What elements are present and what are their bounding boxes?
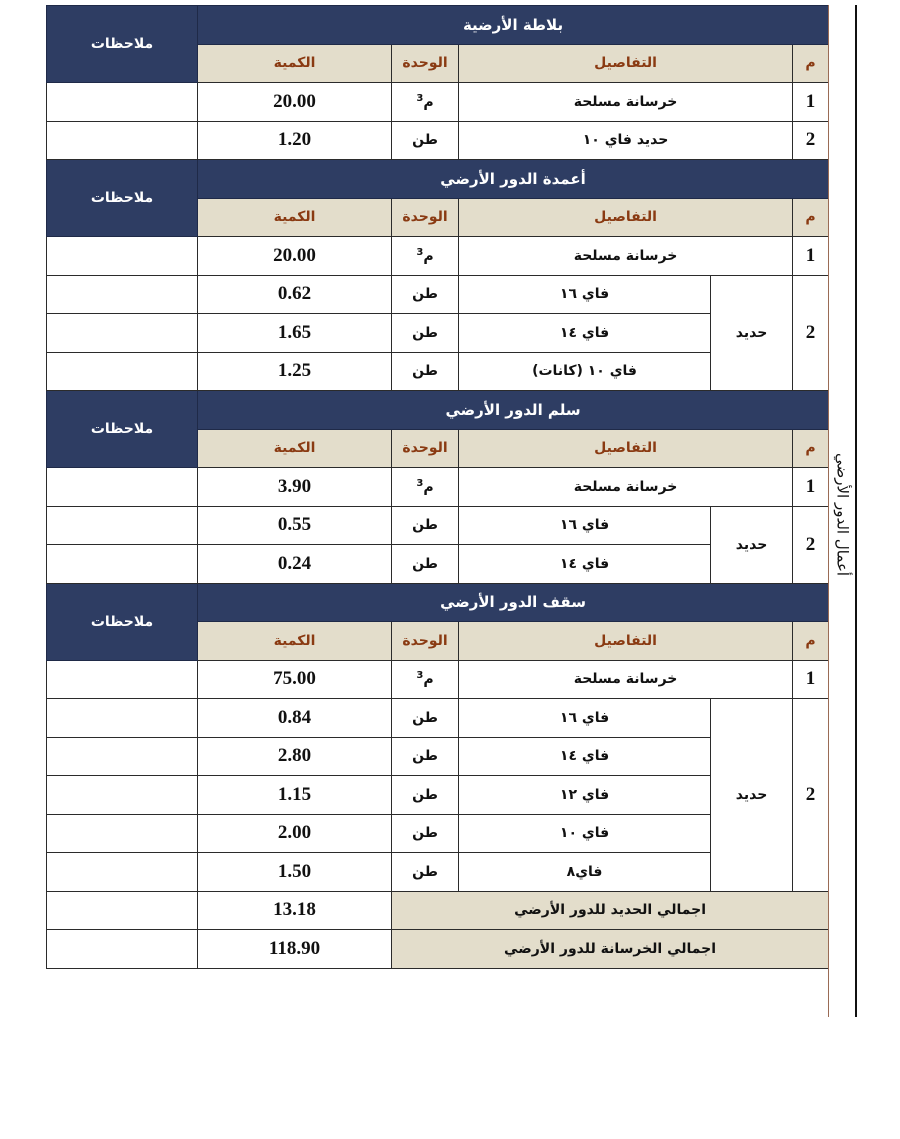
- row-quantity: 20.00: [198, 237, 392, 276]
- row-notes[interactable]: [47, 121, 198, 160]
- row-details: حديد فاي ١٠: [459, 121, 793, 160]
- row-unit: طن: [392, 776, 459, 815]
- notes-header: ملاحظات: [47, 6, 198, 83]
- table-row: 2 حديد فاي ١٦ طن 0.55: [47, 506, 829, 545]
- table-row: 1 خرسانة مسلحة م3 75.00: [47, 660, 829, 699]
- quantities-sheet: بلاطة الأرضية ملاحظات م التفاصيل الوحدة …: [46, 5, 857, 1017]
- section-header-row: سقف الدور الأرضي ملاحظات: [47, 583, 829, 622]
- section-header-row: سلم الدور الأرضي ملاحظات: [47, 391, 829, 430]
- total-steel-value: 13.18: [198, 891, 392, 930]
- details-header: التفاصيل: [459, 622, 793, 661]
- table-row: 2 حديد فاي ١٦ طن 0.62: [47, 275, 829, 314]
- row-details: خرسانة مسلحة: [459, 237, 793, 276]
- row-notes[interactable]: [47, 314, 198, 353]
- quantities-table: بلاطة الأرضية ملاحظات م التفاصيل الوحدة …: [46, 5, 829, 969]
- row-details: فاي ١٠ (كانات): [459, 352, 711, 391]
- row-index: 1: [793, 237, 829, 276]
- row-index: 2: [793, 699, 829, 892]
- row-details: فاي ١٠: [459, 814, 711, 853]
- row-index: 1: [793, 83, 829, 122]
- row-index: 2: [793, 121, 829, 160]
- row-quantity: 1.20: [198, 121, 392, 160]
- row-unit: طن: [392, 699, 459, 738]
- total-steel-notes[interactable]: [47, 891, 198, 930]
- row-details: خرسانة مسلحة: [459, 660, 793, 699]
- row-quantity: 0.84: [198, 699, 392, 738]
- row-details: فاي٨: [459, 853, 711, 892]
- row-group: حديد: [711, 699, 793, 892]
- row-notes[interactable]: [47, 237, 198, 276]
- row-unit: طن: [392, 545, 459, 584]
- row-details: فاي ١٤: [459, 314, 711, 353]
- row-details: فاي ١٦: [459, 506, 711, 545]
- details-header: التفاصيل: [459, 44, 793, 83]
- row-quantity: 0.62: [198, 275, 392, 314]
- row-unit: طن: [392, 352, 459, 391]
- row-details: فاي ١٤: [459, 737, 711, 776]
- notes-header: ملاحظات: [47, 160, 198, 237]
- section-title: بلاطة الأرضية: [198, 6, 829, 45]
- row-notes[interactable]: [47, 545, 198, 584]
- section-title: سقف الدور الأرضي: [198, 583, 829, 622]
- index-header: م: [793, 429, 829, 468]
- row-notes[interactable]: [47, 660, 198, 699]
- row-unit: طن: [392, 737, 459, 776]
- total-steel-row: اجمالي الحديد للدور الأرضي 13.18: [47, 891, 829, 930]
- total-concrete-row: اجمالي الخرسانة للدور الأرضي 118.90: [47, 930, 829, 969]
- table-row: 1 خرسانة مسلحة م3 3.90: [47, 468, 829, 507]
- row-details: فاي ١٢: [459, 776, 711, 815]
- table-row: 1 خرسانة مسلحة م3 20.00: [47, 237, 829, 276]
- row-unit: طن: [392, 853, 459, 892]
- row-unit: م3: [392, 468, 459, 507]
- table-row: 2 حديد فاي ١٦ طن 0.84: [47, 699, 829, 738]
- row-unit: م3: [392, 237, 459, 276]
- row-index: 1: [793, 660, 829, 699]
- row-quantity: 3.90: [198, 468, 392, 507]
- row-details: خرسانة مسلحة: [459, 468, 793, 507]
- row-quantity: 20.00: [198, 83, 392, 122]
- section-header-row: أعمدة الدور الأرضي ملاحظات: [47, 160, 829, 199]
- quantity-header: الكمية: [198, 429, 392, 468]
- row-notes[interactable]: [47, 275, 198, 314]
- row-notes[interactable]: [47, 352, 198, 391]
- row-details: فاي ١٦: [459, 275, 711, 314]
- notes-header: ملاحظات: [47, 391, 198, 468]
- total-concrete-notes[interactable]: [47, 930, 198, 969]
- row-quantity: 0.55: [198, 506, 392, 545]
- section-title: سلم الدور الأرضي: [198, 391, 829, 430]
- row-notes[interactable]: [47, 506, 198, 545]
- row-notes[interactable]: [47, 814, 198, 853]
- row-group: حديد: [711, 275, 793, 391]
- unit-header: الوحدة: [392, 622, 459, 661]
- row-unit: طن: [392, 275, 459, 314]
- index-header: م: [793, 44, 829, 83]
- row-unit: م3: [392, 660, 459, 699]
- details-header: التفاصيل: [459, 198, 793, 237]
- table-row: 2 حديد فاي ١٠ طن 1.20: [47, 121, 829, 160]
- row-details: خرسانة مسلحة: [459, 83, 793, 122]
- unit-header: الوحدة: [392, 44, 459, 83]
- quantity-header: الكمية: [198, 44, 392, 83]
- row-quantity: 1.65: [198, 314, 392, 353]
- index-header: م: [793, 622, 829, 661]
- row-quantity: 1.25: [198, 352, 392, 391]
- total-steel-label: اجمالي الحديد للدور الأرضي: [392, 891, 829, 930]
- total-concrete-value: 118.90: [198, 930, 392, 969]
- row-group: حديد: [711, 506, 793, 583]
- unit-header: الوحدة: [392, 429, 459, 468]
- total-concrete-label: اجمالي الخرسانة للدور الأرضي: [392, 930, 829, 969]
- row-unit: طن: [392, 814, 459, 853]
- quantity-header: الكمية: [198, 622, 392, 661]
- row-unit: طن: [392, 121, 459, 160]
- side-label-text: أعمال الدور الأرضي: [834, 453, 852, 576]
- notes-header: ملاحظات: [47, 583, 198, 660]
- row-details: فاي ١٦: [459, 699, 711, 738]
- index-header: م: [793, 198, 829, 237]
- row-unit: طن: [392, 314, 459, 353]
- side-label: أعمال الدور الأرضي: [828, 435, 857, 595]
- row-notes[interactable]: [47, 737, 198, 776]
- row-quantity: 0.24: [198, 545, 392, 584]
- row-quantity: 75.00: [198, 660, 392, 699]
- row-notes[interactable]: [47, 468, 198, 507]
- table-row: 1 خرسانة مسلحة م3 20.00: [47, 83, 829, 122]
- row-index: 2: [793, 275, 829, 391]
- row-quantity: 2.00: [198, 814, 392, 853]
- row-unit: طن: [392, 506, 459, 545]
- details-header: التفاصيل: [459, 429, 793, 468]
- unit-header: الوحدة: [392, 198, 459, 237]
- row-quantity: 1.15: [198, 776, 392, 815]
- row-notes[interactable]: [47, 776, 198, 815]
- row-notes[interactable]: [47, 83, 198, 122]
- row-index: 1: [793, 468, 829, 507]
- row-index: 2: [793, 506, 829, 583]
- row-notes[interactable]: [47, 853, 198, 892]
- row-notes[interactable]: [47, 699, 198, 738]
- section-title: أعمدة الدور الأرضي: [198, 160, 829, 199]
- row-unit: م3: [392, 83, 459, 122]
- row-details: فاي ١٤: [459, 545, 711, 584]
- section-header-row: بلاطة الأرضية ملاحظات: [47, 6, 829, 45]
- row-quantity: 1.50: [198, 853, 392, 892]
- row-quantity: 2.80: [198, 737, 392, 776]
- quantity-header: الكمية: [198, 198, 392, 237]
